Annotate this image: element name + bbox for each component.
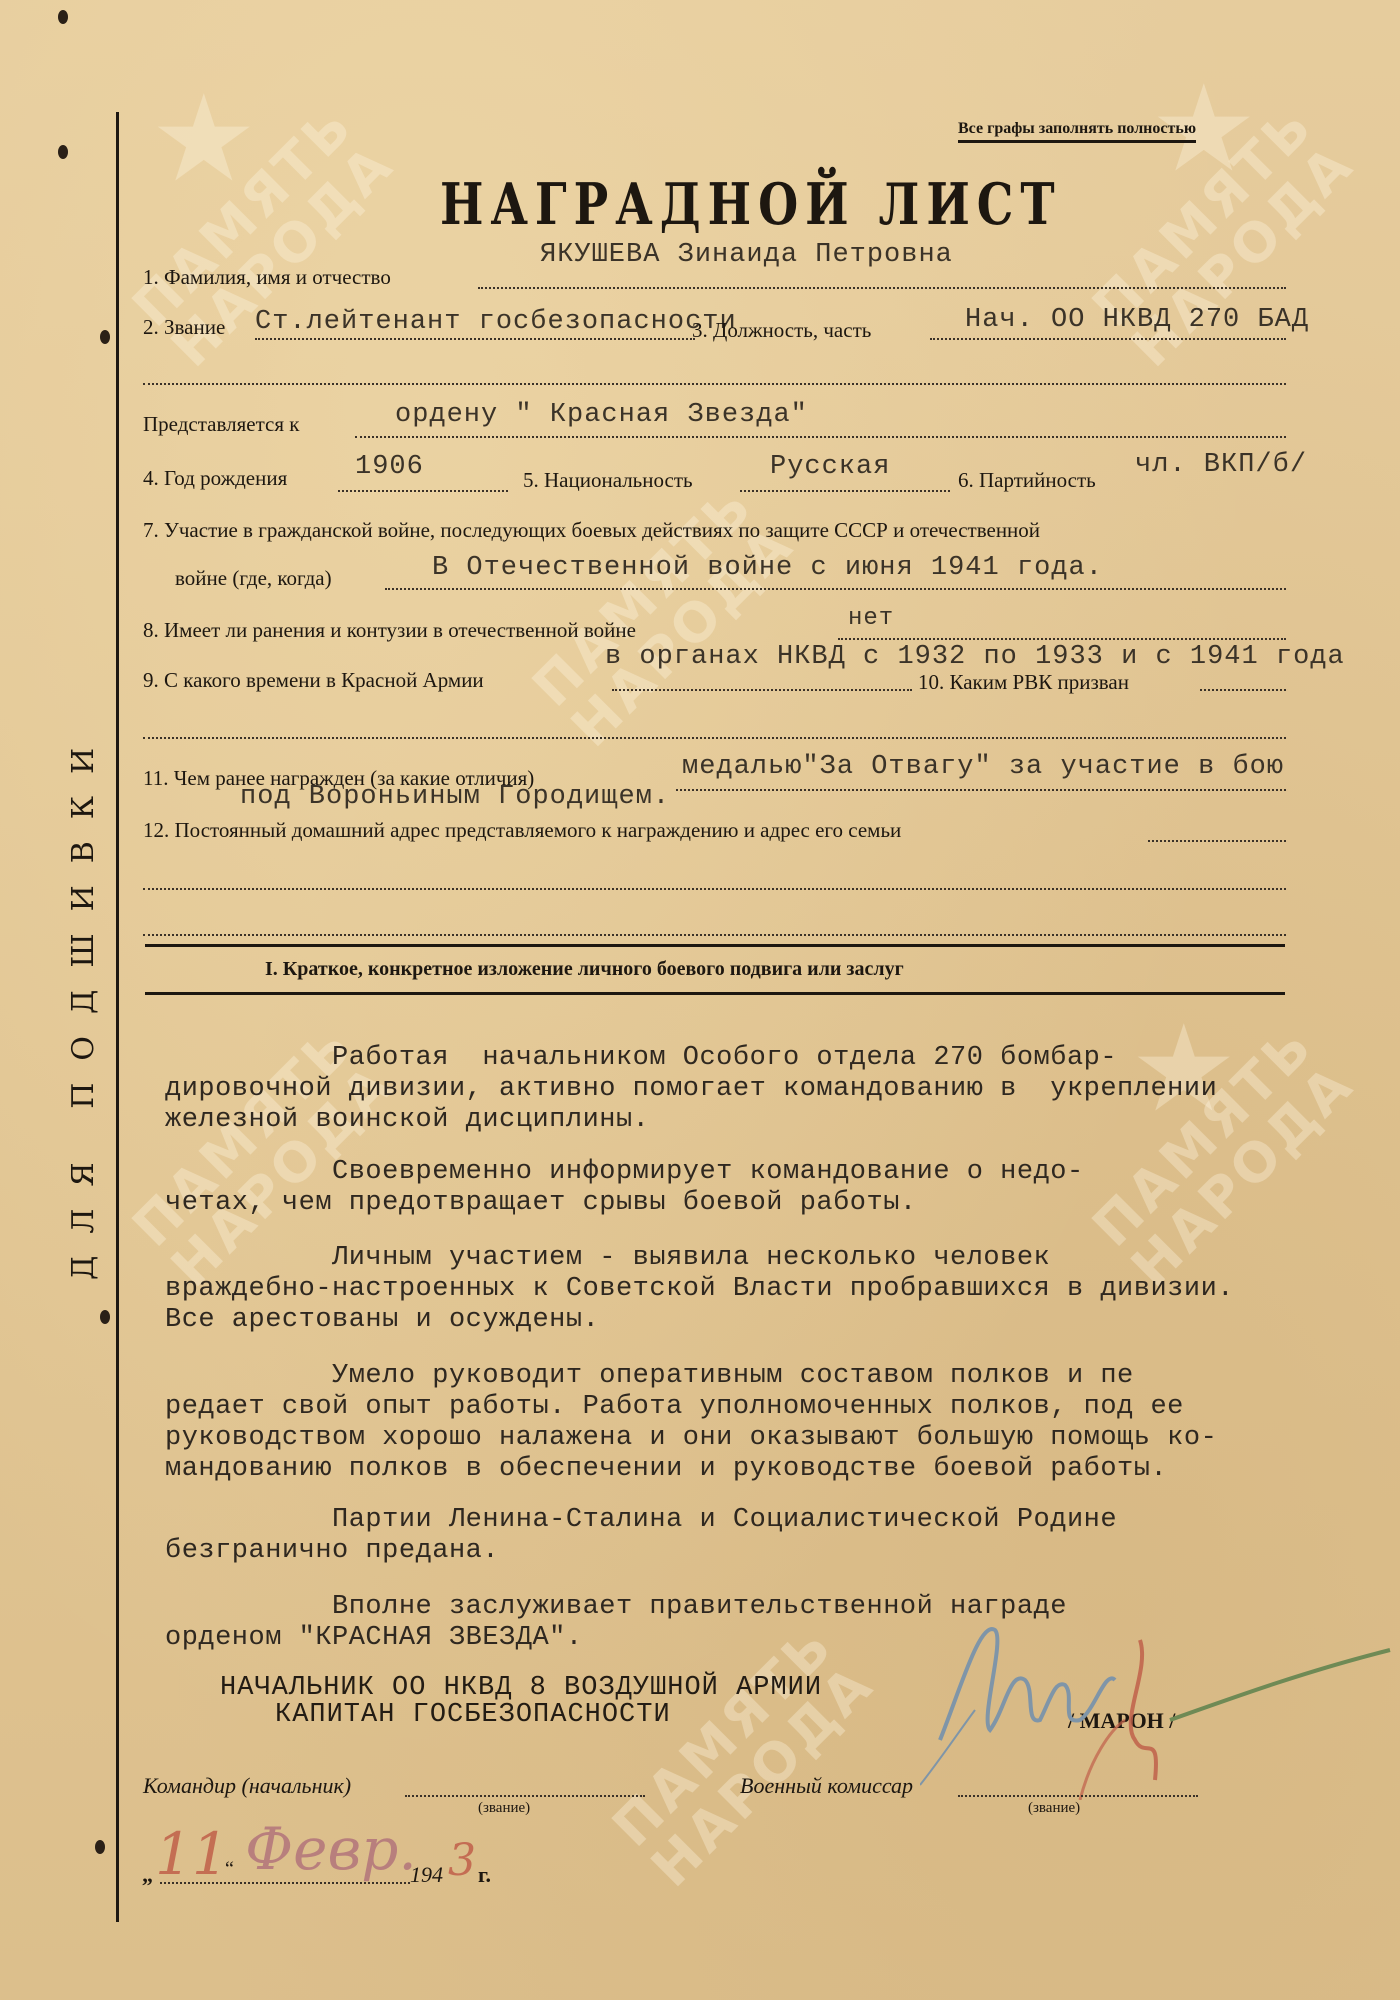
date-quote-open: „ xyxy=(142,1862,153,1888)
field-name-value: ЯКУШЕВА Зинаида Петровна xyxy=(540,240,953,270)
dotted-line xyxy=(612,689,912,691)
date-year-prefix: 194 xyxy=(410,1862,443,1888)
commissar-label: Военный комиссар xyxy=(740,1773,913,1799)
merit-paragraph: Партии Ленина-Сталина и Социалистической… xyxy=(165,1505,1117,1567)
dotted-line xyxy=(838,638,1286,640)
field-party-label: 6. Партийность xyxy=(958,468,1096,493)
binding-margin-label: ДЛЯ ПОДШИВКИ xyxy=(66,726,101,1280)
field-rank-value: Ст.лейтенант госбезопасности xyxy=(255,307,737,337)
field-draft-office-label: 10. Каким РВК призван xyxy=(918,670,1129,695)
commissar-rank-note: (звание) xyxy=(1028,1800,1080,1817)
field-war-participation-value: В Отечественной войне с июня 1941 года. xyxy=(432,553,1103,583)
date-suffix: г. xyxy=(478,1862,491,1888)
punch-hole xyxy=(100,330,110,344)
field-position-value: Нач. ОО НКВД 270 БАД xyxy=(965,305,1309,335)
date-month: Февр. xyxy=(245,1815,417,1883)
field-name-label: 1. Фамилия, имя и отчество xyxy=(143,265,391,290)
field-party-value: чл. ВКП/б/ xyxy=(1135,450,1307,480)
signature-scribble-icon xyxy=(920,1610,1400,1800)
dotted-line xyxy=(930,338,1286,340)
dotted-line xyxy=(143,737,1286,739)
date-day: 11 xyxy=(155,1820,229,1888)
dotted-line xyxy=(740,490,950,492)
dotted-line xyxy=(143,934,1286,936)
dotted-line xyxy=(338,490,508,492)
award-value: ордену " Красная Звезда" xyxy=(395,400,808,430)
punch-hole xyxy=(100,1310,110,1324)
field-previous-awards-value: медалью"За Отвагу" за участие в бою xyxy=(682,752,1284,782)
field-nationality-value: Русская xyxy=(770,452,890,482)
dotted-line xyxy=(478,287,1286,289)
dotted-line xyxy=(676,789,1286,791)
award-label: Представляется к xyxy=(143,412,299,437)
field-war-participation-label-cont: войне (где, когда) xyxy=(175,566,332,591)
dotted-line xyxy=(355,436,1286,438)
merit-paragraph: Своевременно информирует командование о … xyxy=(165,1157,1084,1219)
section-rule-top xyxy=(145,944,1285,947)
field-birth-year-label: 4. Год рождения xyxy=(143,466,287,491)
dotted-line xyxy=(385,588,1286,590)
field-service-since-value: в органах НКВД с 1932 по 1933 и с 1941 г… xyxy=(605,642,1345,672)
merit-paragraph: Работая начальником Особого отдела 270 б… xyxy=(165,1043,1217,1136)
field-rank-label: 2. Звание xyxy=(143,315,225,340)
dotted-line xyxy=(958,1795,1198,1797)
field-birth-year-value: 1906 xyxy=(355,452,424,482)
dotted-line xyxy=(1200,689,1286,691)
field-wounds-label: 8. Имеет ли ранения и контузии в отечест… xyxy=(143,618,636,643)
field-wounds-value: нет xyxy=(848,605,894,632)
merit-paragraph: Умело руководит оперативным составом пол… xyxy=(165,1361,1217,1485)
field-address-label: 12. Постоянный домашний адрес представля… xyxy=(143,818,901,843)
dotted-line xyxy=(143,383,1286,385)
field-nationality-label: 5. Национальность xyxy=(523,468,693,493)
field-position-label: 3. Должность, часть xyxy=(692,318,871,343)
signatory-rank: КАПИТАН ГОСБЕЗОПАСНОСТИ xyxy=(275,1700,671,1730)
punch-hole xyxy=(58,145,68,159)
dotted-line xyxy=(143,888,1286,890)
punch-hole xyxy=(58,10,68,24)
field-war-participation-label: 7. Участие в гражданской войне, последую… xyxy=(143,518,1040,543)
merit-paragraph: Личным участием - выявила несколько чело… xyxy=(165,1243,1234,1336)
signatory-position: НАЧАЛЬНИК ОО НКВД 8 ВОЗДУШНОЙ АРМИИ xyxy=(220,1673,822,1703)
dotted-line xyxy=(160,1882,410,1884)
fill-instruction: Все графы заполнять полностью xyxy=(958,120,1196,143)
commander-rank-note: (звание) xyxy=(478,1800,530,1817)
punch-hole xyxy=(95,1840,105,1854)
date-year-suffix: 3 xyxy=(448,1835,476,1886)
section-rule-bottom xyxy=(145,992,1285,995)
binding-margin-line xyxy=(116,112,119,1922)
commander-label: Командир (начальник) xyxy=(143,1773,351,1799)
dotted-line xyxy=(255,338,695,340)
section-title: I. Краткое, конкретное изложение личного… xyxy=(265,958,904,981)
dotted-line xyxy=(1148,840,1286,842)
field-previous-awards-value-cont: под Вороньиным Городищем. xyxy=(240,782,670,812)
document-title: НАГРАДНОЙ ЛИСТ xyxy=(440,170,1062,238)
date-quote-close: “ xyxy=(225,1858,234,1881)
field-service-since-label: 9. С какого времени в Красной Армии xyxy=(143,668,484,693)
dotted-line xyxy=(405,1795,645,1797)
